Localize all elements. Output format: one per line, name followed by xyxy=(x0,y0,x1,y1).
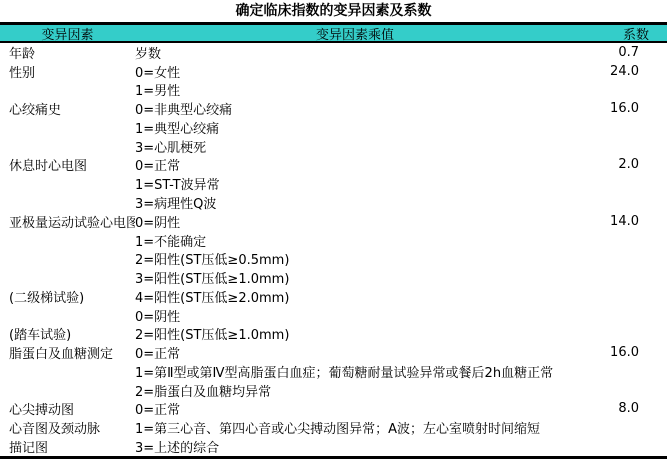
row-factor: 年龄 xyxy=(0,43,135,62)
table-row: 1=第Ⅱ型或第Ⅳ型高脂蛋白血症；葡萄糖耐量试验异常或餐后2h血糖正常 xyxy=(0,362,667,381)
row-factor: (踏车试验) xyxy=(0,324,135,343)
table-row: 1=不能确定 xyxy=(0,231,667,250)
row-value: 1=ST-T波异常 xyxy=(135,174,575,193)
table-row: 1=ST-T波异常 xyxy=(0,174,667,193)
row-coefficient: 0.7 xyxy=(575,45,667,60)
header-factor: 变异因素 xyxy=(0,24,135,43)
table-row: (二级梯试验)4=阳性(ST压低≥2.0mm) xyxy=(0,287,667,306)
row-value: 4=阳性(ST压低≥2.0mm) xyxy=(135,287,575,306)
table-row: 2=阳性(ST压低≥0.5mm) xyxy=(0,249,667,268)
table-row: 脂蛋白及血糖测定0=正常16.0 xyxy=(0,343,667,362)
row-value: 3=阳性(ST压低≥1.0mm) xyxy=(135,268,575,287)
row-factor: 休息时心电图 xyxy=(0,155,135,174)
row-value: 1=男性 xyxy=(135,80,575,99)
table-row: 3=心肌梗死 xyxy=(0,137,667,156)
header-coefficient: 系数 xyxy=(575,24,667,43)
row-value: 0=阴性 xyxy=(135,212,575,231)
row-factor: 描记图 xyxy=(0,437,135,456)
table-row: 心尖搏动图0=正常8.0 xyxy=(0,400,667,419)
table-row: 3=病理性Q波 xyxy=(0,193,667,212)
row-factor: 性别 xyxy=(0,62,135,81)
row-coefficient: 24.0 xyxy=(575,64,667,79)
table-row: 描记图3=上述的综合 xyxy=(0,437,667,456)
table-title: 确定临床指数的变异因素及系数 xyxy=(0,0,667,22)
row-factor: 脂蛋白及血糖测定 xyxy=(0,343,135,362)
row-value: 2=阳性(ST压低≥0.5mm) xyxy=(135,249,575,268)
row-value: 3=心肌梗死 xyxy=(135,137,575,156)
row-value: 2=脂蛋白及血糖均异常 xyxy=(135,381,575,400)
table-row: 亚极量运动试验心电图0=阴性14.0 xyxy=(0,212,667,231)
row-coefficient: 16.0 xyxy=(575,101,667,116)
row-factor: 亚极量运动试验心电图 xyxy=(0,212,135,231)
table-row: 3=阳性(ST压低≥1.0mm) xyxy=(0,268,667,287)
row-factor: 心音图及颈动脉 xyxy=(0,418,135,437)
row-value: 0=阴性 xyxy=(135,306,575,325)
row-value: 岁数 xyxy=(135,43,575,62)
row-value: 1=不能确定 xyxy=(135,231,575,250)
table-row: 心音图及颈动脉1=第三心音、第四心音或心尖搏动图异常；A波；左心室喷射时间缩短 xyxy=(0,418,667,437)
row-factor: 心绞痛史 xyxy=(0,99,135,118)
row-factor: (二级梯试验) xyxy=(0,287,135,306)
header-value: 变异因素乘值 xyxy=(135,24,575,43)
table-row: 1=男性 xyxy=(0,81,667,100)
row-coefficient: 2.0 xyxy=(575,157,667,172)
row-value: 0=正常 xyxy=(135,155,575,174)
table-row: 性别0=女性24.0 xyxy=(0,62,667,81)
table-row: 0=阴性 xyxy=(0,306,667,325)
table-row: 休息时心电图0=正常2.0 xyxy=(0,156,667,175)
row-value: 2=阳性(ST压低≥1.0mm) xyxy=(135,324,575,343)
row-coefficient: 8.0 xyxy=(575,401,667,416)
row-coefficient: 14.0 xyxy=(575,214,667,229)
clinical-factors-table: 变异因素 变异因素乘值 系数 年龄岁数0.7性别0=女性24.01=男性心绞痛史… xyxy=(0,22,667,459)
table-body: 年龄岁数0.7性别0=女性24.01=男性心绞痛史0=非典型心绞痛16.01=典… xyxy=(0,43,667,456)
row-value: 0=非典型心绞痛 xyxy=(135,99,575,118)
table-row: 心绞痛史0=非典型心绞痛16.0 xyxy=(0,99,667,118)
row-value: 0=女性 xyxy=(135,62,575,81)
table-header-row: 变异因素 变异因素乘值 系数 xyxy=(0,25,667,43)
row-value: 1=第三心音、第四心音或心尖搏动图异常；A波；左心室喷射时间缩短 xyxy=(135,418,575,437)
row-value: 3=病理性Q波 xyxy=(135,193,575,212)
row-value: 3=上述的综合 xyxy=(135,437,575,456)
row-coefficient: 16.0 xyxy=(575,345,667,360)
row-value: 0=正常 xyxy=(135,399,575,418)
table-page: 确定临床指数的变异因素及系数 变异因素 变异因素乘值 系数 年龄岁数0.7性别0… xyxy=(0,0,667,462)
table-row: 1=典型心绞痛 xyxy=(0,118,667,137)
table-row: (踏车试验)2=阳性(ST压低≥1.0mm) xyxy=(0,324,667,343)
table-row: 2=脂蛋白及血糖均异常 xyxy=(0,381,667,400)
row-value: 1=典型心绞痛 xyxy=(135,118,575,137)
table-row: 年龄岁数0.7 xyxy=(0,43,667,62)
row-value: 0=正常 xyxy=(135,343,575,362)
row-factor: 心尖搏动图 xyxy=(0,399,135,418)
row-value: 1=第Ⅱ型或第Ⅳ型高脂蛋白血症；葡萄糖耐量试验异常或餐后2h血糖正常 xyxy=(135,362,575,381)
